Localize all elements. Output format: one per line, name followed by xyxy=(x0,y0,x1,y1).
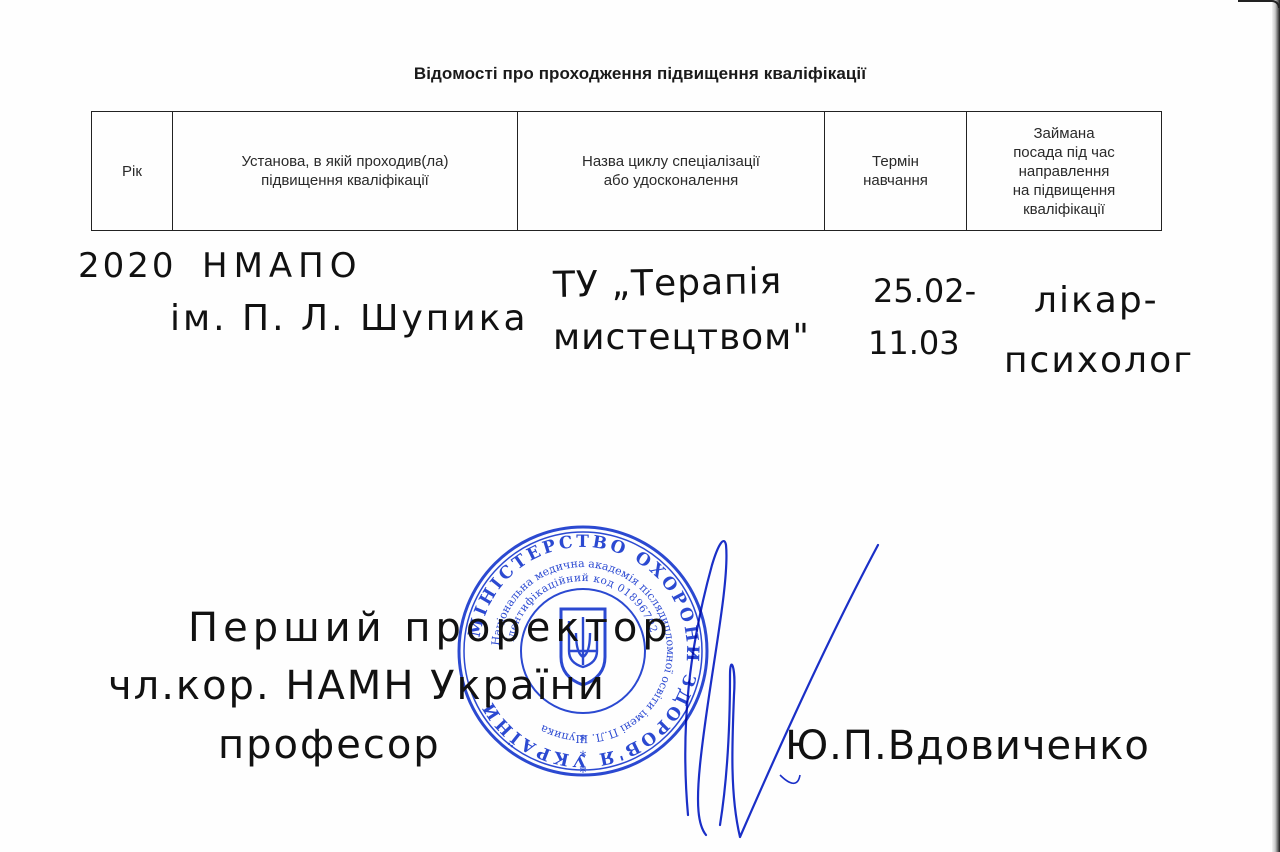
entry-cycle-line1: ТУ „Терапія xyxy=(553,261,783,306)
signatory-title-line2: чл.кор. НАМН України xyxy=(108,663,606,709)
svg-text:Національна медична академія п: Національна медична академія післядиплом… xyxy=(489,557,677,745)
header-study-term: Термін навчання xyxy=(825,112,967,230)
entry-term-start: 25.02- xyxy=(873,272,976,310)
signatory-title-line3: професор xyxy=(218,722,441,768)
entry-position-line1: лікар- xyxy=(1034,280,1159,321)
signatory-name: Ю.П.Вдовиченко xyxy=(785,723,1150,769)
entry-year: 2020 xyxy=(78,246,177,286)
header-position: Займана посада під час направлення на пі… xyxy=(967,112,1161,230)
svg-text:*: * xyxy=(580,733,587,749)
header-cycle-name: Назва циклу спеціалізації або удосконале… xyxy=(518,112,825,230)
entry-position-line2: психолог xyxy=(1004,340,1194,381)
header-year: Рік xyxy=(92,112,173,230)
page-corner xyxy=(1238,0,1280,8)
signature-scribble-icon xyxy=(660,525,900,845)
entry-institution-line2: ім. П. Л. Шупика xyxy=(170,298,529,339)
document-title: Відомості про проходження підвищення ква… xyxy=(0,64,1280,84)
signatory-title-line1: Перший проректор xyxy=(188,605,673,651)
official-stamp-icon: МІНІСТЕРСТВО ОХОРОНИ ЗДОРОВ'Я УКРАЇНИ На… xyxy=(455,523,711,779)
svg-text:*: * xyxy=(580,749,587,765)
entry-institution-line1: НМАПО xyxy=(202,246,363,286)
qualification-table-header: Рік Установа, в якій проходив(ла) підвищ… xyxy=(91,111,1162,231)
svg-text:МІНІСТЕРСТВО ОХОРОНИ ЗДОРОВ'Я: МІНІСТЕРСТВО ОХОРОНИ ЗДОРОВ'Я УКРАЇНИ xyxy=(465,532,703,770)
header-institution: Установа, в якій проходив(ла) підвищення… xyxy=(173,112,518,230)
entry-term-end: 11.03 xyxy=(868,324,960,362)
svg-text:*: * xyxy=(580,765,587,779)
entry-cycle-line2: мистецтвом" xyxy=(553,317,810,358)
page-edge-shadow xyxy=(1272,0,1280,852)
scanned-document-page: Відомості про проходження підвищення ква… xyxy=(0,0,1280,852)
